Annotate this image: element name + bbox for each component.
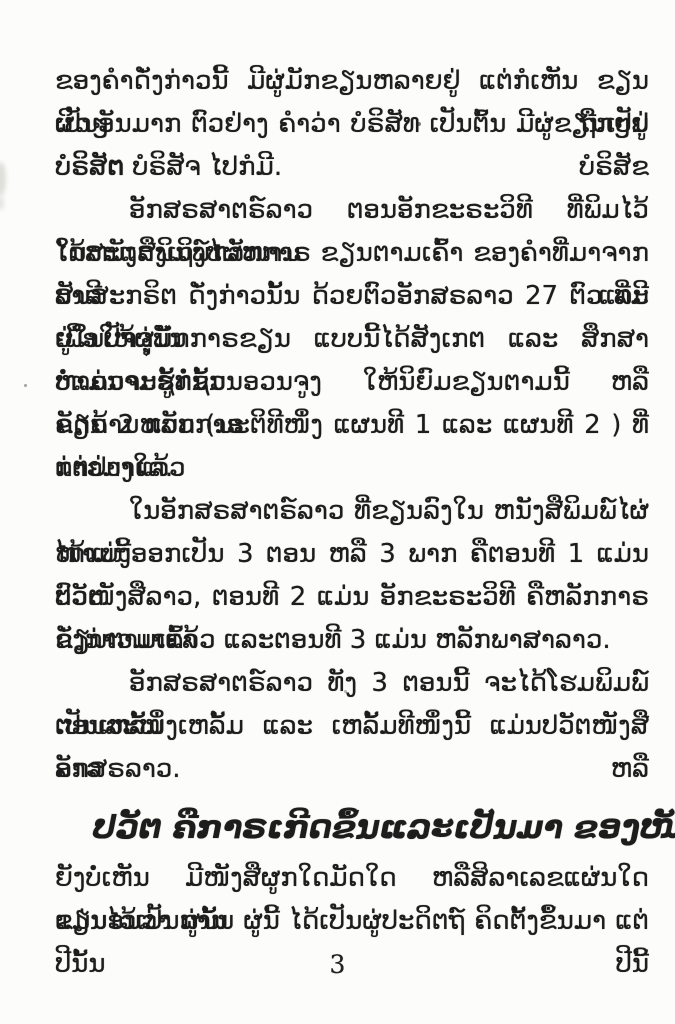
body-line: ຕົວໜັງສືລາວ, ຕອນທີ 2 ແມ່ນ ອັກຂະຣະວິທີ ຄື… [55,576,649,619]
body-line: ຕອນລະໜຶ່ງເຫລັ້ມ ແລະ ເຫລັ້ມທີໜຶ່ງນີ້ ແມ່ນ… [55,705,649,748]
body-line: ຂອງຄຳດັ່ງກ່າວນີ້ ມີຜູ່ມັກຂຽນຫລາຍຢູ່ ແຕ່ກ… [55,60,649,103]
page-number: 3 [0,950,675,979]
body-line: ແຕ່ຢ່າງໃດ. [55,447,649,490]
body-line: ໄດ້ສະແດງເຖິງຫລັກກາຣ ຂຽນຕາມເຄົ້າ ຂອງຄຳທີ່… [55,232,649,275]
body-line: ດັ່ງກ່າວມາແລ້ວ ແລະຕອນທີ 3 ແມ່ນ ຫລັກພາສາລ… [55,619,649,662]
body-line: ໃນອັກສຣສາຕຣ໌ລາວ ທີ່ຂຽນລົງໃນ ຫນັງສືພິມພ໌ໄ… [55,490,649,533]
paragraph-5: ຍັງບໍ່ເຫັນ ມີໜັງສືຜູກໃດມັດໃດ ຫລືສິລາເລຂແ… [55,857,649,943]
body-line: ສັນສະກຣິຕ ດັ່ງກ່າວນັ້ນ ດ້ວຍຕົວອັກສຣລາວ 2… [55,275,649,318]
body-line: ໄດ້ແບ່ງອອກເປັນ 3 ຕອນ ຫລື 3 ພາກ ຄືຕອນທີ 1… [55,533,649,576]
paragraph-3: ໃນອັກສຣສາຕຣ໌ລາວ ທີ່ຂຽນລົງໃນ ຫນັງສືພິມພ໌ໄ… [55,490,649,662]
paragraph-4: ອັກສຣສາຕຣ໌ລາວ ທັງ 3 ຕອນນີ້ ຈະໄດ້ໂຮມພິມພ໌… [55,662,649,791]
scan-smudge [0,162,6,196]
body-line: ແມ່ນອນວ່າ ຜູ່ນັ້ນ ຜູ່ນີ້ ໄດ້ເປັນຜູ່ປະດິຕ… [55,900,649,943]
body-line: ເປັນອັນມາກ ຕົວຢ່າງ ຄຳວ່າ ບໍຣິສັທ ເປັນຕົ້… [55,103,649,146]
ink-speck [24,384,27,387]
paragraph-2: ອັກສຣສາຕຣ໌ລາວ ຕອນອັກຂະຣະວິທີ ທີ່ພິມໄວ້ ໃ… [55,189,649,490]
body-line: ອັກສຣສາຕຣ໌ລາວ ທັງ 3 ຕອນນີ້ ຈະໄດ້ໂຮມພິມພ໌… [55,662,649,705]
paragraph-1: ຂອງຄຳດັ່ງກ່າວນີ້ ມີຜູ່ມັກຂຽນຫລາຍຢູ່ ແຕ່ກ… [55,60,649,189]
section-heading: ປວັຕ ຄືກາຣເກີດຂຶ້ນແລະເປັນມາ ຂອງໜັງສືລາວນ… [55,801,649,853]
body-line: ອັກສຣສາຕຣ໌ລາວ ຕອນອັກຂະຣະວິທີ ທີ່ພິມໄວ້ ໃ… [55,189,649,232]
scan-smudge [0,196,4,210]
body-line: ບໍ່ແມ່ນຈະຊັກຊວນອວນຈູງ ໃຫ້ນິຍົມຂຽນຕາມນີ້ … [55,361,649,404]
scanned-book-page: ຂອງຄຳດັ່ງກ່າວນີ້ ມີຜູ່ມັກຂຽນຫລາຍຢູ່ ແຕ່ກ… [0,0,675,1024]
body-line: ຂຽນ 2 ແບບ (ມະຕິທີໜຶ່ງ ແຜນທີ 1 ແລະ ແຜນທີ … [55,404,649,447]
text-block: ຂອງຄຳດັ່ງກ່າວນີ້ ມີຜູ່ມັກຂຽນຫລາຍຢູ່ ແຕ່ກ… [55,60,649,943]
body-line: ຍັງບໍ່ເຫັນ ມີໜັງສືຜູກໃດມັດໃດ ຫລືສິລາເລຂແ… [55,857,649,900]
body-line: ເພື່ອໃຫ້ຜູ່ມັກກາຣຂຽນ ແບບນີ້ໄດ້ສັງເກຕ ແລະ… [55,318,649,361]
